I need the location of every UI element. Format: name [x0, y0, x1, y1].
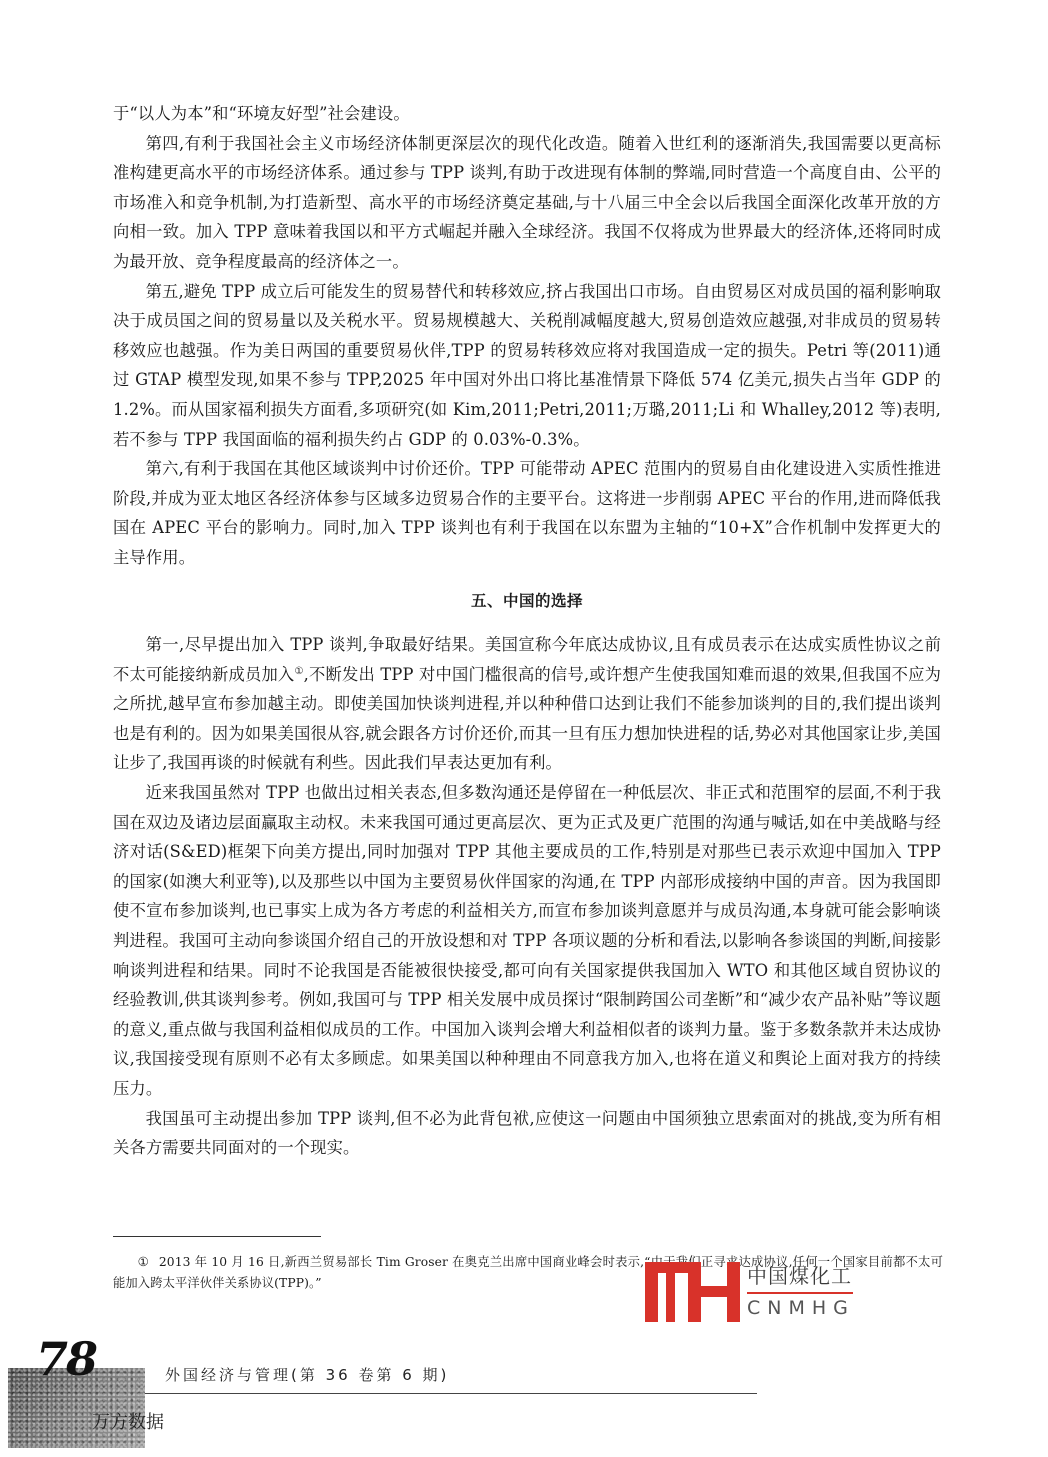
document-page: 于“以人为本”和“环境友好型”社会建设。 第四,有利于我国社会主义市场经济体制更…: [0, 0, 1048, 1457]
journal-running-footer: 外国经济与管理(第 36 卷第 6 期): [165, 1365, 449, 1385]
logo-chinese-text: 中国煤化工: [747, 1264, 852, 1288]
cnmhg-logo-mark-icon: [645, 1262, 740, 1322]
logo-divider: [747, 1292, 853, 1294]
paragraph-point-five: 第五,避免 TPP 成立后可能发生的贸易替代和转移效应,挤占我国出口市场。自由贸…: [113, 277, 941, 455]
footnote-marker: ①: [138, 1255, 149, 1269]
footnote-reference[interactable]: ①: [294, 666, 303, 677]
paragraph-point-six: 第六,有利于我国在其他区域谈判中讨价还价。TPP 可能带动 APEC 范围内的贸…: [113, 454, 941, 572]
footnote-divider: [113, 1236, 321, 1237]
paragraph-continuation: 于“以人为本”和“环境友好型”社会建设。: [113, 99, 941, 129]
cnmhg-logo: 中国煤化工 CNMHG: [645, 1262, 865, 1322]
section-heading: 五、中国的选择: [113, 587, 941, 617]
footer-divider: [145, 1393, 757, 1394]
paragraph-point-four: 第四,有利于我国社会主义市场经济体制更深层次的现代化改造。随着入世红利的逐渐消失…: [113, 129, 941, 277]
logo-english-text: CNMHG: [747, 1296, 855, 1320]
wanfang-watermark: 万方数据: [92, 1412, 164, 1434]
article-body: 于“以人为本”和“环境友好型”社会建设。 第四,有利于我国社会主义市场经济体制更…: [113, 99, 941, 1163]
page-number: 78: [36, 1334, 96, 1384]
paragraph-choice-one: 第一,尽早提出加入 TPP 谈判,争取最好结果。美国宣称今年底达成协议,且有成员…: [113, 630, 941, 778]
paragraph-communication: 近来我国虽然对 TPP 也做出过相关表态,但多数沟通还是停留在一种低层次、非正式…: [113, 778, 941, 1104]
paragraph-conclusion: 我国虽可主动提出参加 TPP 谈判,但不必为此背包袱,应使这一问题由中国须独立思…: [113, 1104, 941, 1163]
